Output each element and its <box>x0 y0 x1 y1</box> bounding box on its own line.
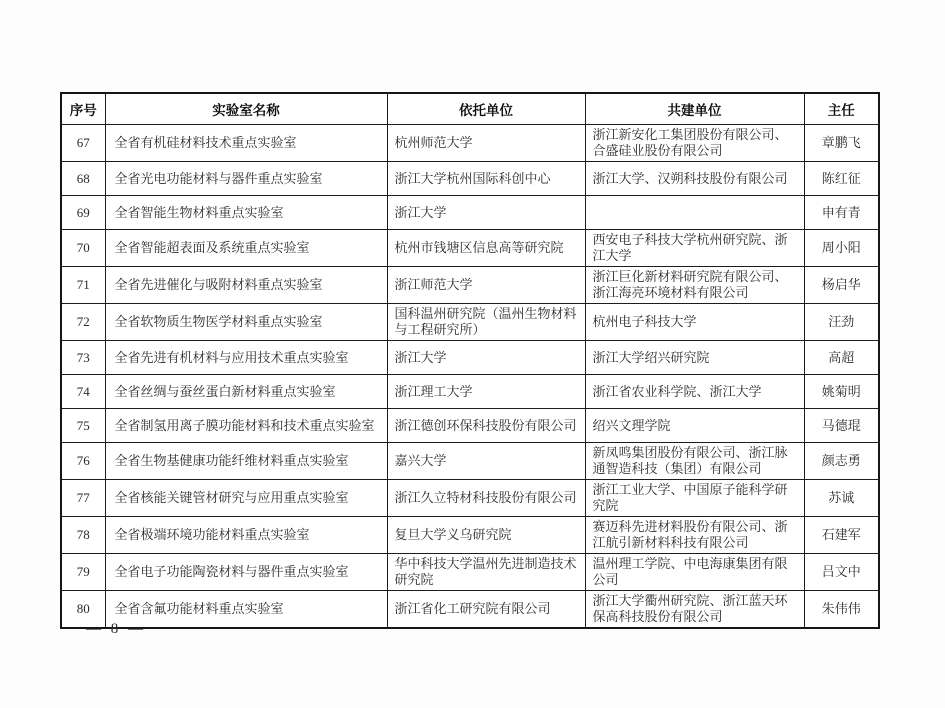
table-row: 78 全省极端环境功能材料重点实验室 复旦大学义乌研究院 赛迈科先进材料股份有限… <box>61 517 879 554</box>
table-row: 71 全省先进催化与吸附材料重点实验室 浙江师范大学 浙江巨化新材料研究院有限公… <box>61 267 879 304</box>
cell-host-unit: 复旦大学义乌研究院 <box>387 517 585 554</box>
header-cell-director: 主任 <box>804 93 879 125</box>
table-row: 77 全省核能关键管材研究与应用重点实验室 浙江久立特材科技股份有限公司 浙江工… <box>61 480 879 517</box>
cell-serial-number: 69 <box>61 196 105 230</box>
cell-host-unit: 浙江师范大学 <box>387 267 585 304</box>
cell-lab-name: 全省含氟功能材料重点实验室 <box>105 591 387 629</box>
cell-partner-units: 浙江大学绍兴研究院 <box>585 341 804 375</box>
cell-lab-name: 全省先进催化与吸附材料重点实验室 <box>105 267 387 304</box>
cell-serial-number: 71 <box>61 267 105 304</box>
cell-host-unit: 杭州市钱塘区信息高等研究院 <box>387 230 585 267</box>
cell-lab-name: 全省先进有机材料与应用技术重点实验室 <box>105 341 387 375</box>
cell-partner-units: 浙江大学衢州研究院、浙江蓝天环保高科技股份有限公司 <box>585 591 804 629</box>
cell-lab-name: 全省制氢用离子膜功能材料和技术重点实验室 <box>105 409 387 443</box>
table-row: 72 全省软物质生物医学材料重点实验室 国科温州研究院（温州生物材料与工程研究所… <box>61 304 879 341</box>
cell-lab-name: 全省软物质生物医学材料重点实验室 <box>105 304 387 341</box>
table-row: 80 全省含氟功能材料重点实验室 浙江省化工研究院有限公司 浙江大学衢州研究院、… <box>61 591 879 629</box>
cell-director: 申有青 <box>804 196 879 230</box>
cell-lab-name: 全省有机硅材料技术重点实验室 <box>105 125 387 162</box>
cell-director: 陈红征 <box>804 162 879 196</box>
cell-serial-number: 78 <box>61 517 105 554</box>
cell-host-unit: 浙江久立特材科技股份有限公司 <box>387 480 585 517</box>
cell-lab-name: 全省丝绸与蚕丝蛋白新材料重点实验室 <box>105 375 387 409</box>
page-number: — 8 — <box>86 621 146 638</box>
cell-host-unit: 国科温州研究院（温州生物材料与工程研究所） <box>387 304 585 341</box>
header-cell-partner-units: 共建单位 <box>585 93 804 125</box>
cell-lab-name: 全省智能生物材料重点实验室 <box>105 196 387 230</box>
cell-partner-units: 浙江大学、汉朔科技股份有限公司 <box>585 162 804 196</box>
cell-serial-number: 72 <box>61 304 105 341</box>
cell-director: 汪劲 <box>804 304 879 341</box>
cell-host-unit: 浙江德创环保科技股份有限公司 <box>387 409 585 443</box>
lab-table-body: 67 全省有机硅材料技术重点实验室 杭州师范大学 浙江新安化工集团股份有限公司、… <box>61 125 879 629</box>
cell-director: 朱伟伟 <box>804 591 879 629</box>
table-row: 70 全省智能超表面及系统重点实验室 杭州市钱塘区信息高等研究院 西安电子科技大… <box>61 230 879 267</box>
table-header-row: 序号 实验室名称 依托单位 共建单位 主任 <box>61 93 879 125</box>
header-cell-host-unit: 依托单位 <box>387 93 585 125</box>
header-cell-no: 序号 <box>61 93 105 125</box>
cell-lab-name: 全省生物基健康功能纤维材料重点实验室 <box>105 443 387 480</box>
cell-director: 姚菊明 <box>804 375 879 409</box>
cell-partner-units: 赛迈科先进材料股份有限公司、浙江航引新材料科技有限公司 <box>585 517 804 554</box>
cell-director: 高超 <box>804 341 879 375</box>
cell-host-unit: 浙江大学 <box>387 341 585 375</box>
table-row: 68 全省光电功能材料与器件重点实验室 浙江大学杭州国际科创中心 浙江大学、汉朔… <box>61 162 879 196</box>
cell-partner-units: 绍兴文理学院 <box>585 409 804 443</box>
cell-director: 周小阳 <box>804 230 879 267</box>
cell-serial-number: 75 <box>61 409 105 443</box>
cell-director: 章鹏飞 <box>804 125 879 162</box>
header-cell-lab-name: 实验室名称 <box>105 93 387 125</box>
table-row: 74 全省丝绸与蚕丝蛋白新材料重点实验室 浙江理工大学 浙江省农业科学院、浙江大… <box>61 375 879 409</box>
cell-partner-units: 杭州电子科技大学 <box>585 304 804 341</box>
cell-director: 杨启华 <box>804 267 879 304</box>
cell-host-unit: 浙江省化工研究院有限公司 <box>387 591 585 629</box>
cell-lab-name: 全省核能关键管材研究与应用重点实验室 <box>105 480 387 517</box>
table-row: 75 全省制氢用离子膜功能材料和技术重点实验室 浙江德创环保科技股份有限公司 绍… <box>61 409 879 443</box>
cell-host-unit: 华中科技大学温州先进制造技术研究院 <box>387 554 585 591</box>
table-row: 76 全省生物基健康功能纤维材料重点实验室 嘉兴大学 新凤鸣集团股份有限公司、浙… <box>61 443 879 480</box>
cell-serial-number: 79 <box>61 554 105 591</box>
cell-host-unit: 浙江大学 <box>387 196 585 230</box>
cell-serial-number: 67 <box>61 125 105 162</box>
cell-serial-number: 74 <box>61 375 105 409</box>
cell-host-unit: 嘉兴大学 <box>387 443 585 480</box>
cell-host-unit: 杭州师范大学 <box>387 125 585 162</box>
cell-serial-number: 68 <box>61 162 105 196</box>
table-row: 67 全省有机硅材料技术重点实验室 杭州师范大学 浙江新安化工集团股份有限公司、… <box>61 125 879 162</box>
cell-partner-units <box>585 196 804 230</box>
cell-lab-name: 全省智能超表面及系统重点实验室 <box>105 230 387 267</box>
cell-director: 马德琨 <box>804 409 879 443</box>
cell-director: 石建军 <box>804 517 879 554</box>
cell-lab-name: 全省电子功能陶瓷材料与器件重点实验室 <box>105 554 387 591</box>
table-row: 69 全省智能生物材料重点实验室 浙江大学 申有青 <box>61 196 879 230</box>
cell-serial-number: 73 <box>61 341 105 375</box>
cell-partner-units: 西安电子科技大学杭州研究院、浙江大学 <box>585 230 804 267</box>
cell-host-unit: 浙江大学杭州国际科创中心 <box>387 162 585 196</box>
cell-host-unit: 浙江理工大学 <box>387 375 585 409</box>
cell-serial-number: 70 <box>61 230 105 267</box>
cell-partner-units: 浙江省农业科学院、浙江大学 <box>585 375 804 409</box>
cell-partner-units: 浙江新安化工集团股份有限公司、合盛硅业股份有限公司 <box>585 125 804 162</box>
cell-partner-units: 温州理工学院、中电海康集团有限公司 <box>585 554 804 591</box>
cell-serial-number: 76 <box>61 443 105 480</box>
cell-lab-name: 全省极端环境功能材料重点实验室 <box>105 517 387 554</box>
cell-director: 颜志勇 <box>804 443 879 480</box>
cell-serial-number: 77 <box>61 480 105 517</box>
cell-partner-units: 浙江工业大学、中国原子能科学研究院 <box>585 480 804 517</box>
cell-lab-name: 全省光电功能材料与器件重点实验室 <box>105 162 387 196</box>
table-row: 73 全省先进有机材料与应用技术重点实验室 浙江大学 浙江大学绍兴研究院 高超 <box>61 341 879 375</box>
cell-partner-units: 新凤鸣集团股份有限公司、浙江脉通智造科技（集团）有限公司 <box>585 443 804 480</box>
table-row: 79 全省电子功能陶瓷材料与器件重点实验室 华中科技大学温州先进制造技术研究院 … <box>61 554 879 591</box>
lab-list-table: 序号 实验室名称 依托单位 共建单位 主任 67 全省有机硅材料技术重点实验室 … <box>60 92 880 629</box>
cell-partner-units: 浙江巨化新材料研究院有限公司、浙江海亮环境材料有限公司 <box>585 267 804 304</box>
cell-director: 苏诚 <box>804 480 879 517</box>
cell-director: 吕文中 <box>804 554 879 591</box>
